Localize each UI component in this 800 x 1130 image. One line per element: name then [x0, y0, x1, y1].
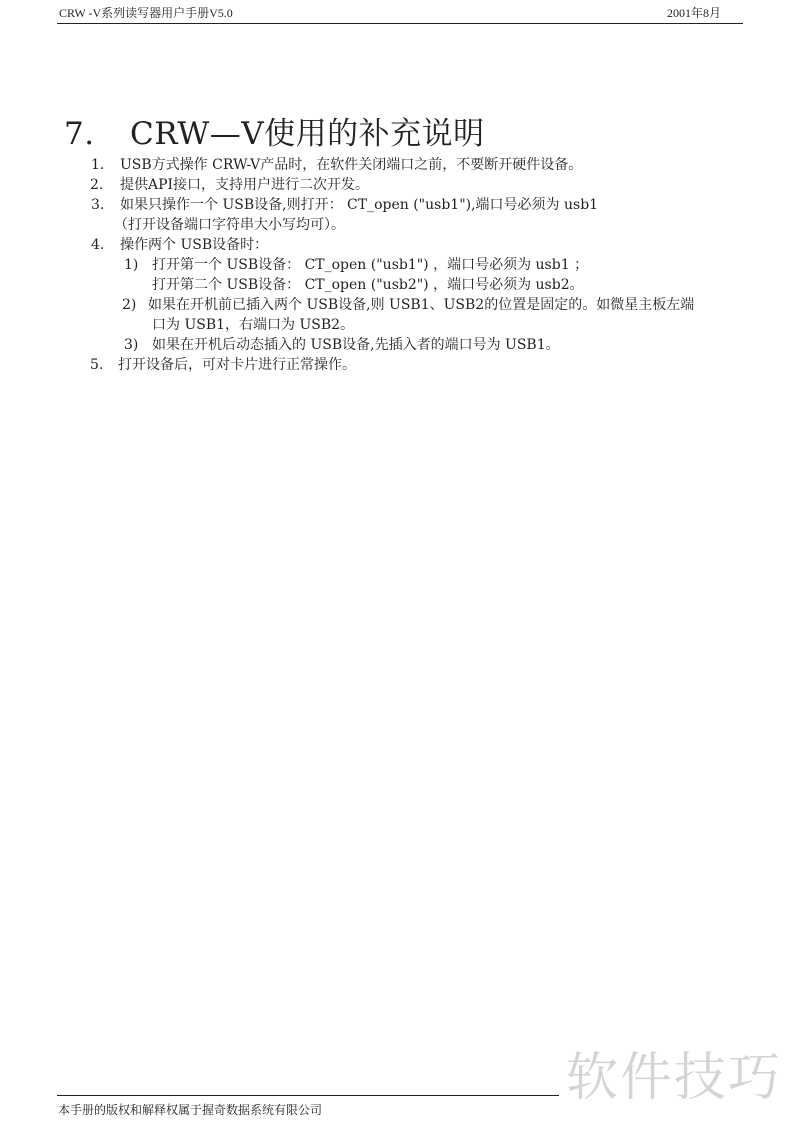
list-marker: 1.: [91, 155, 104, 175]
list-item-3: 3. 如果只操作一个 USB设备,则打开： CT_open ("usb1"),端…: [88, 195, 738, 215]
header-title: CRW -V系列读写器用户手册V5.0: [59, 4, 233, 21]
list-item-continuation: （打开设备端口字符串大小写均可）。: [114, 215, 345, 235]
list-marker: 5.: [90, 355, 103, 375]
sub-item-continuation: 打开第二个 USB设备： CT_open ("usb2") ，端口号必须为 us…: [152, 275, 584, 295]
list-item-2: 2. 提供API接口，支持用户进行二次开发。: [88, 175, 738, 195]
sub-marker: 2): [122, 295, 136, 315]
footer-copyright: 本手册的版权和解释权属于握奇数据系统有限公司: [58, 1101, 322, 1118]
header-date: 2001年8月: [667, 4, 721, 21]
list-item-text: 操作两个 USB设备时：: [120, 235, 268, 255]
list-marker: 3.: [91, 195, 104, 215]
sub-item-2: 2) 如果在开机前已插入两个 USB设备,则 USB1、USB2的位置是固定的。…: [88, 295, 738, 315]
section-title: CRW—V使用的补充说明: [130, 116, 485, 152]
list-item-5: 5. 打开设备后，可对卡片进行正常操作。: [88, 355, 738, 375]
list-item-text: 如果只操作一个 USB设备,则打开： CT_open ("usb1"),端口号必…: [120, 195, 598, 215]
sub-item-text: 如果在开机前已插入两个 USB设备,则 USB1、USB2的位置是固定的。如微星…: [148, 295, 694, 315]
sub-item-text: 如果在开机后动态插入的 USB设备,先插入者的端口号为 USB1。: [152, 335, 560, 355]
list-item-3-continuation: （打开设备端口字符串大小写均可）。: [88, 215, 738, 235]
section-heading: 7.CRW—V使用的补充说明: [64, 108, 485, 153]
sub-item-text: 打开第一个 USB设备： CT_open ("usb1") ，端口号必须为 us…: [152, 255, 588, 275]
header-divider: [57, 23, 743, 24]
list-marker: 4.: [91, 235, 104, 255]
sub-marker: 3): [124, 335, 138, 355]
sub-item-1: 1) 打开第一个 USB设备： CT_open ("usb1") ，端口号必须为…: [88, 255, 738, 275]
list-item-text: USB方式操作 CRW-V产品时，在软件关闭端口之前，不要断开硬件设备。: [120, 155, 582, 175]
section-body: 1. USB方式操作 CRW-V产品时，在软件关闭端口之前，不要断开硬件设备。 …: [88, 155, 738, 375]
list-item-text: 打开设备后，可对卡片进行正常操作。: [118, 355, 356, 375]
list-item-1: 1. USB方式操作 CRW-V产品时，在软件关闭端口之前，不要断开硬件设备。: [88, 155, 738, 175]
list-item-4: 4. 操作两个 USB设备时：: [88, 235, 738, 255]
footer-divider: [57, 1095, 559, 1096]
sub-item-continuation: 口为 USB1，右端口为 USB2。: [152, 315, 354, 335]
watermark: 软件技巧: [566, 1035, 782, 1110]
list-marker: 2.: [90, 175, 103, 195]
sub-item-2-continuation: 口为 USB1，右端口为 USB2。: [88, 315, 738, 335]
section-number: 7.: [64, 116, 130, 152]
sub-marker: 1): [124, 255, 138, 275]
page-header: CRW -V系列读写器用户手册V5.0 2001年8月: [57, 4, 743, 22]
sub-item-3: 3) 如果在开机后动态插入的 USB设备,先插入者的端口号为 USB1。: [88, 335, 738, 355]
sub-item-1-continuation: 打开第二个 USB设备： CT_open ("usb2") ，端口号必须为 us…: [88, 275, 738, 295]
list-item-text: 提供API接口，支持用户进行二次开发。: [120, 175, 369, 195]
